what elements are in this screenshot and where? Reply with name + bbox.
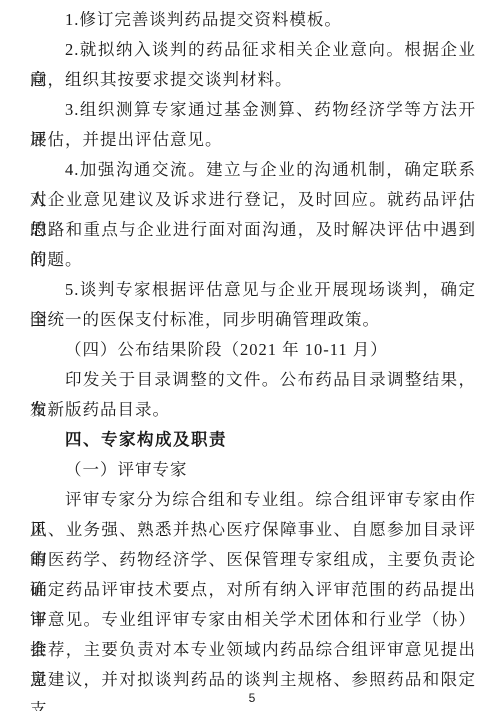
text-line: 布新版药品目录。 <box>30 395 476 425</box>
text-line: 的医药学、药物经济学、医保管理专家组成，主要负责论证 <box>30 545 476 575</box>
text-line: 国统一的医保支付标准，同步明确管理政策。 <box>30 305 476 335</box>
text-line: 5.谈判专家根据评估意见与企业开展现场谈判，确定全 <box>30 275 476 305</box>
document-body: 1.修订完善谈判药品提交资料模板。2.就拟纳入谈判的药品征求相关企业意向。根据企… <box>30 5 476 695</box>
page-number: 5 <box>0 691 504 705</box>
text-line: 推荐，主要负责对本专业领域内药品综合组评审意见提出意 <box>30 635 476 665</box>
text-line: 问题。 <box>30 245 476 275</box>
text-line: 1.修订完善谈判药品提交资料模板。 <box>30 5 476 35</box>
paragraph: 印发关于目录调整的文件。公布药品目录调整结果，发布新版药品目录。 <box>30 365 476 425</box>
text-line: （四）公布结果阶段（2021 年 10-11 月） <box>30 335 476 365</box>
text-line: 3.组织测算专家通过基金测算、药物经济学等方法开展 <box>30 95 476 125</box>
text-line: 4.加强沟通交流。建立与企业的沟通机制，确定联系人， <box>30 155 476 185</box>
sub-heading: （四）公布结果阶段（2021 年 10-11 月） <box>30 335 476 365</box>
paragraph: 4.加强沟通交流。建立与企业的沟通机制，确定联系人，对企业意见建议及诉求进行登记… <box>30 155 476 275</box>
text-line: 评审专家分为综合组和专业组。综合组评审专家由作风 <box>30 485 476 515</box>
text-line: 印发关于目录调整的文件。公布药品目录调整结果，发 <box>30 365 476 395</box>
paragraph: 2.就拟纳入谈判的药品征求相关企业意向。根据企业意向，组织其按要求提交谈判材料。 <box>30 35 476 95</box>
text-line: 四、专家构成及职责 <box>30 425 476 455</box>
document-page: 1.修订完善谈判药品提交资料模板。2.就拟纳入谈判的药品征求相关企业意向。根据企… <box>0 0 504 711</box>
paragraph: 评审专家分为综合组和专业组。综合组评审专家由作风正、业务强、熟悉并热心医疗保障事… <box>30 485 476 695</box>
text-line: 对企业意见建议及诉求进行登记，及时回应。就药品评估的 <box>30 185 476 215</box>
paragraph: 3.组织测算专家通过基金测算、药物经济学等方法开展评估，并提出评估意见。 <box>30 95 476 155</box>
text-line: 评估，并提出评估意见。 <box>30 125 476 155</box>
paragraph: 1.修订完善谈判药品提交资料模板。 <box>30 5 476 35</box>
paragraph: 5.谈判专家根据评估意见与企业开展现场谈判，确定全国统一的医保支付标准，同步明确… <box>30 275 476 335</box>
text-line: 审意见。专业组评审专家由相关学术团体和行业学（协）会 <box>30 605 476 635</box>
section-heading: 四、专家构成及职责 <box>30 425 476 455</box>
text-line: 思路和重点与企业进行面对面沟通，及时解决评估中遇到的 <box>30 215 476 245</box>
text-line: （一）评审专家 <box>30 455 476 485</box>
text-line: 确定药品评审技术要点，对所有纳入评审范围的药品提出评 <box>30 575 476 605</box>
text-line: 2.就拟纳入谈判的药品征求相关企业意向。根据企业意 <box>30 35 476 65</box>
text-line: 向，组织其按要求提交谈判材料。 <box>30 65 476 95</box>
text-line: 正、业务强、熟悉并热心医疗保障事业、自愿参加目录评审 <box>30 515 476 545</box>
sub-heading: （一）评审专家 <box>30 455 476 485</box>
